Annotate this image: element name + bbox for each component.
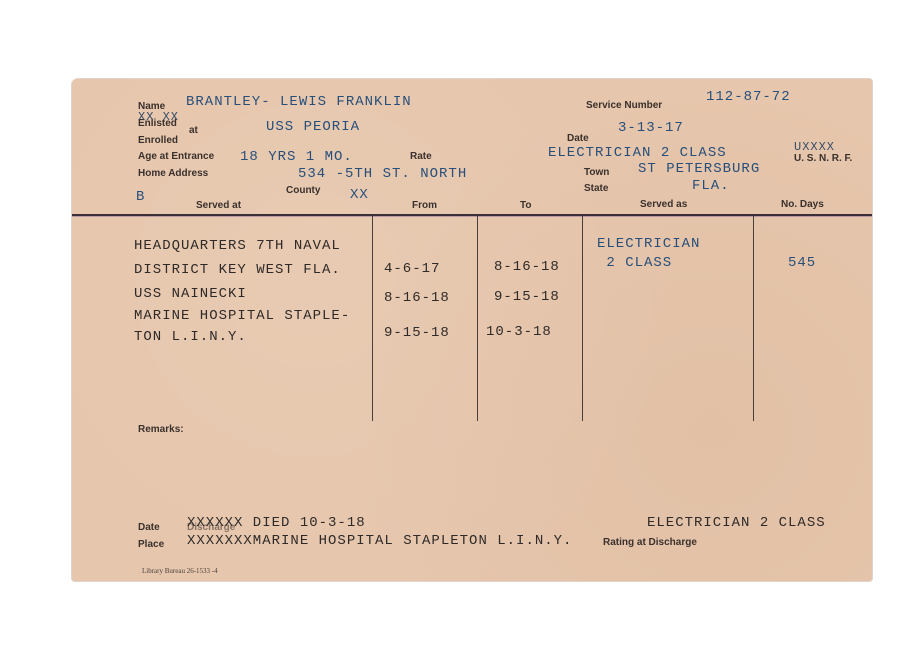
value-rate: ELECTRICIAN 2 CLASS [548,145,727,161]
label-rating-at-discharge: Rating at Discharge [603,537,697,548]
header-served-as: Served as [640,199,687,210]
column-divider [477,216,478,421]
header-served-at: Served at [196,200,241,211]
value-town: ST PETERSBURG [638,161,760,177]
label-date: Date [567,133,589,144]
label-enrolled: Enrolled [138,135,178,146]
label-county: County [286,185,320,196]
label-discharge-date: Date [138,522,160,533]
label-at: at [189,125,198,136]
value-state: FLA. [692,178,730,194]
to-date: 8-16-18 [494,259,560,275]
no-days-value: 545 [788,255,816,271]
value-letter: B [136,189,145,205]
column-divider [372,216,373,421]
served-as-line: 2 CLASS [597,255,672,271]
to-date: 9-15-18 [494,289,560,305]
value-branch-strike: UXXXX [794,140,835,154]
label-age-at-entrance: Age at Entrance [138,151,214,162]
value-discharge-place: XXXXXXXMARINE HOSPITAL STAPLETON L.I.N.Y… [187,533,572,549]
label-remarks: Remarks: [138,424,184,435]
served-at-line: USS NAINECKI [134,286,247,302]
served-at-line: HEADQUARTERS 7TH NAVAL [134,238,341,254]
label-state: State [584,183,608,194]
value-enlisted-at: USS PEORIA [266,119,360,135]
served-at-line: MARINE HOSPITAL STAPLE- [134,308,350,324]
from-date: 4-6-17 [384,261,440,277]
label-service-number: Service Number [586,100,662,111]
column-divider [582,216,583,421]
column-divider [753,216,754,421]
to-date: 10-3-18 [486,324,552,340]
label-branch: U. S. N. R. F. [794,153,852,164]
value-name: BRANTLEY- LEWIS FRANKLIN [186,94,412,110]
value-discharge-date: XXXXXX DIED 10-3-18 [187,515,366,531]
served-as-line: ELECTRICIAN [597,236,700,252]
value-service-number: 112-87-72 [706,89,791,105]
label-home-address: Home Address [138,168,208,179]
served-at-line: TON L.I.N.Y. [134,329,247,345]
value-county: XX [350,187,369,203]
value-date: 3-13-17 [618,120,684,136]
from-date: 9-15-18 [384,325,450,341]
value-enlisted-strike: XX XX [138,110,179,124]
label-town: Town [584,167,609,178]
value-home-address: 534 -5TH ST. NORTH [298,166,467,182]
header-rule [72,214,872,216]
label-rate: Rate [410,151,432,162]
header-to: To [520,200,531,211]
served-at-line: DISTRICT KEY WEST FLA. [134,262,341,278]
value-rating-at-discharge: ELECTRICIAN 2 CLASS [647,515,826,531]
service-record-card: Name Enlisted at Enrolled Age at Entranc… [72,79,872,581]
label-discharge-place: Place [138,539,164,550]
value-age-at-entrance: 18 YRS 1 MO. [240,149,353,165]
header-no-days: No. Days [781,199,824,210]
header-from: From [412,200,437,211]
form-number: Library Bureau 26-1533 -4 [142,567,218,575]
from-date: 8-16-18 [384,290,450,306]
